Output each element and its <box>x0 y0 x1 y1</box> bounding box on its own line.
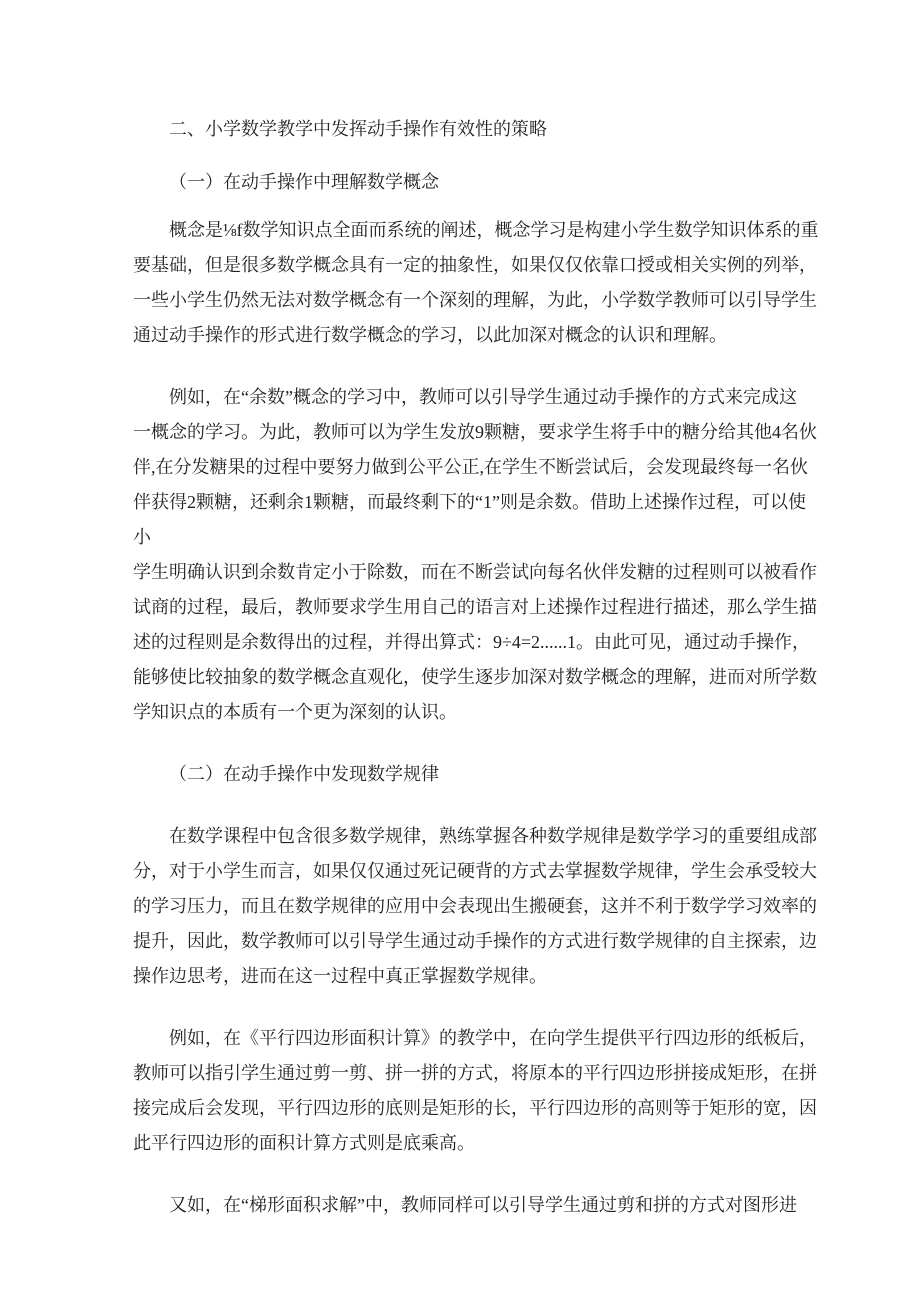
paragraph-rules-learning: 在数学课程中包含很多数学规律，熟练掌握各种数学规律是数学学习的重要组成部 分，对… <box>133 819 820 994</box>
paragraph-remainder-example: 例如，在“余数”概念的学习中，教师可以引导学生通过动手操作的方式来完成这 一概念… <box>133 380 820 730</box>
document-page: 二、小学数学教学中发挥动手操作有效性的策略 （一）在动手操作中理解数学概念 概念… <box>0 0 920 1301</box>
paragraph-trapezoid-example: 又如，在“梯形面积求解”中，教师同样可以引导学生通过剪和拼的方式对图形进 <box>133 1188 820 1223</box>
section-heading-strategies: 二、小学数学教学中发挥动手操作有效性的策略 <box>133 112 820 147</box>
paragraph-parallelogram-example: 例如，在《平行四边形面积计算》的教学中，在向学生提供平行四边形的纸板后， 教师可… <box>133 1021 820 1161</box>
subsection-heading-understand-concepts: （一）在动手操作中理解数学概念 <box>133 165 820 200</box>
subsection-heading-discover-rules: （二）在动手操作中发现数学规律 <box>133 757 820 792</box>
paragraph-concept-learning: 概念是⅛f数学知识点全面而系统的阐述，概念学习是构建小学生数学知识体系的重 要基… <box>133 213 820 353</box>
